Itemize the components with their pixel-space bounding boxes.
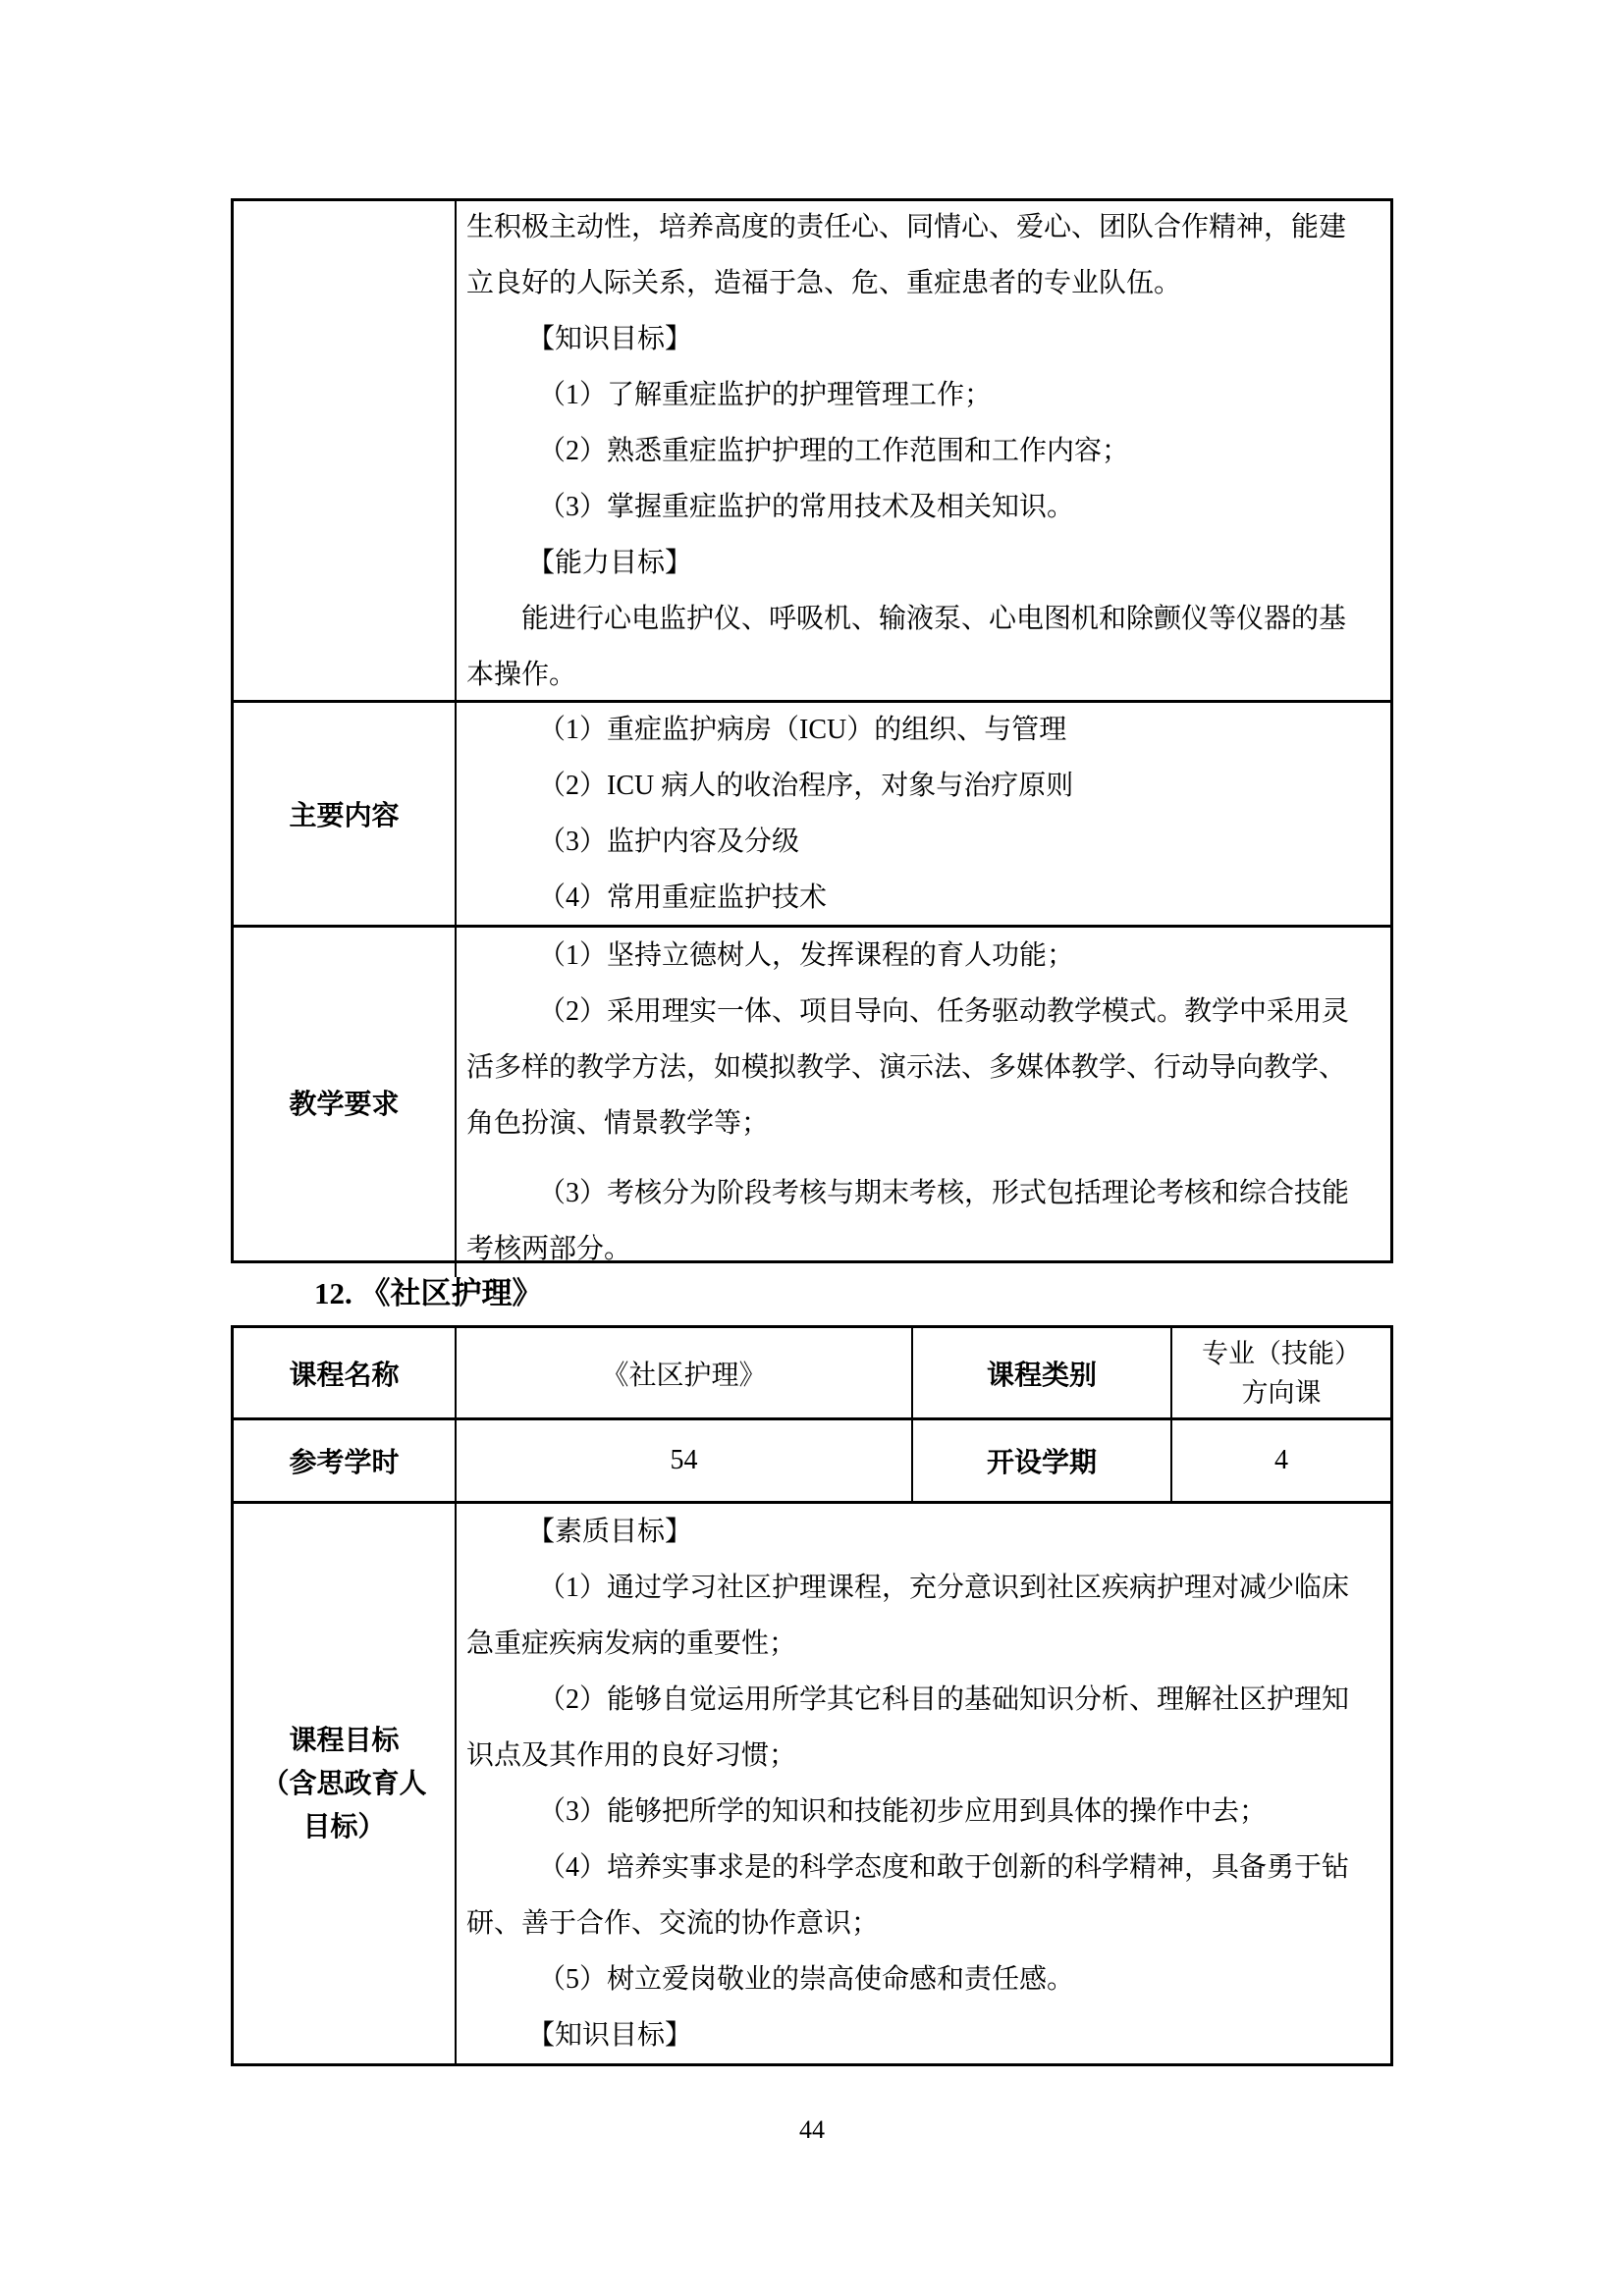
text-line: （2）能够自觉运用所学其它科目的基础知识分析、理解社区护理知	[466, 1672, 1380, 1728]
text-line: （2）ICU 病人的收治程序，对象与治疗原则	[466, 758, 1380, 814]
row-label-main-content: 主要内容	[234, 703, 457, 925]
text-line: 【知识目标】	[466, 311, 1380, 367]
text-line: （1）了解重症监护的护理管理工作；	[466, 367, 1380, 423]
table-row: 参考学时 54 开设学期 4	[234, 1420, 1390, 1504]
text-line: 专业（技能）	[1202, 1334, 1361, 1373]
text-line: （4）培养实事求是的科学态度和敢于创新的科学精神，具备勇于钻	[466, 1840, 1380, 1896]
text-line: 方向课	[1242, 1373, 1322, 1413]
page-number: 44	[0, 2115, 1624, 2145]
section-heading: 12. 《社区护理》	[314, 1266, 543, 1321]
text-line: 急重症疾病发病的重要性；	[466, 1616, 1380, 1672]
row-label-course-goals: 课程目标（含思政育人目标）	[234, 1504, 457, 2063]
text-line: 【能力目标】	[466, 535, 1380, 591]
text-line: （3）考核分为阶段考核与期末考核，形式包括理论考核和综合技能	[466, 1165, 1380, 1221]
course-objectives-continuation-cell: 生积极主动性，培养高度的责任心、同情心、爱心、团队合作精神，能建立良好的人际关系…	[457, 201, 1390, 700]
text-line: （4）常用重症监护技术	[466, 870, 1380, 925]
reference-hours-label: 参考学时	[234, 1420, 457, 1501]
teaching-requirements-cell: （1）坚持立德树人，发挥课程的育人功能；（2）采用理实一体、项目导向、任务驱动教…	[457, 928, 1390, 1277]
text-line: 【素质目标】	[466, 1504, 1380, 1560]
text-line: （5）树立爱岗敬业的崇高使命感和责任感。	[466, 1951, 1380, 2007]
text-line: 本操作。	[466, 647, 1380, 701]
row-label-empty	[234, 201, 457, 700]
text-line: （3）掌握重症监护的常用技术及相关知识。	[466, 479, 1380, 535]
table-row: 课程目标（含思政育人目标） 【素质目标】（1）通过学习社区护理课程，充分意识到社…	[234, 1504, 1390, 2063]
semester-value: 4	[1172, 1420, 1390, 1501]
course-type-value: 专业（技能）方向课	[1172, 1328, 1390, 1417]
text-line: （含思政育人	[261, 1762, 426, 1805]
main-content-cell: （1）重症监护病房（ICU）的组织、与管理（2）ICU 病人的收治程序，对象与治…	[457, 703, 1390, 925]
text-line: （1）重症监护病房（ICU）的组织、与管理	[466, 703, 1380, 758]
text-line: 立良好的人际关系，造福于急、危、重症患者的专业队伍。	[466, 255, 1380, 311]
text-line: 活多样的教学方法，如模拟教学、演示法、多媒体教学、行动导向教学、	[466, 1040, 1380, 1095]
table-row: 教学要求 （1）坚持立德树人，发挥课程的育人功能；（2）采用理实一体、项目导向、…	[234, 928, 1390, 1277]
text-line: （2）采用理实一体、项目导向、任务驱动教学模式。教学中采用灵	[466, 984, 1380, 1040]
text-line: （2）熟悉重症监护护理的工作范围和工作内容；	[466, 423, 1380, 479]
text-line: 生积极主动性，培养高度的责任心、同情心、爱心、团队合作精神，能建	[466, 201, 1380, 255]
row-label-teaching-requirements: 教学要求	[234, 928, 457, 1277]
reference-hours-value: 54	[457, 1420, 913, 1501]
icu-course-table: 生积极主动性，培养高度的责任心、同情心、爱心、团队合作精神，能建立良好的人际关系…	[231, 198, 1393, 1263]
text-line: （3）能够把所学的知识和技能初步应用到具体的操作中去；	[466, 1784, 1380, 1840]
course-name-label: 课程名称	[234, 1328, 457, 1417]
semester-label: 开设学期	[913, 1420, 1172, 1501]
community-course-table: 课程名称 《社区护理》 课程类别 专业（技能）方向课 参考学时 54 开设学期 …	[231, 1325, 1393, 2066]
text-line: 研、善于合作、交流的协作意识；	[466, 1896, 1380, 1951]
course-goals-cell: 【素质目标】（1）通过学习社区护理课程，充分意识到社区疾病护理对减少临床急重症疾…	[457, 1504, 1390, 2063]
text-line: 能进行心电监护仪、呼吸机、输液泵、心电图机和除颤仪等仪器的基	[466, 591, 1380, 647]
text-line: 课程目标	[289, 1719, 399, 1762]
text-line: 考核两部分。	[466, 1221, 1380, 1277]
text-line: 目标）	[302, 1805, 385, 1848]
text-line: （1）通过学习社区护理课程，充分意识到社区疾病护理对减少临床	[466, 1560, 1380, 1616]
table-row: 课程名称 《社区护理》 课程类别 专业（技能）方向课	[234, 1328, 1390, 1420]
text-line: （1）坚持立德树人，发挥课程的育人功能；	[466, 928, 1380, 984]
text-line: 【知识目标】	[466, 2007, 1380, 2063]
table-row: 生积极主动性，培养高度的责任心、同情心、爱心、团队合作精神，能建立良好的人际关系…	[234, 201, 1390, 703]
document-page: 生积极主动性，培养高度的责任心、同情心、爱心、团队合作精神，能建立良好的人际关系…	[0, 0, 1624, 2296]
course-type-label: 课程类别	[913, 1328, 1172, 1417]
course-name-value: 《社区护理》	[457, 1328, 913, 1417]
text-line: 角色扮演、情景教学等；	[466, 1095, 1380, 1151]
text-line: （3）监护内容及分级	[466, 814, 1380, 870]
text-line: 识点及其作用的良好习惯；	[466, 1728, 1380, 1784]
table-row: 主要内容 （1）重症监护病房（ICU）的组织、与管理（2）ICU 病人的收治程序…	[234, 703, 1390, 928]
